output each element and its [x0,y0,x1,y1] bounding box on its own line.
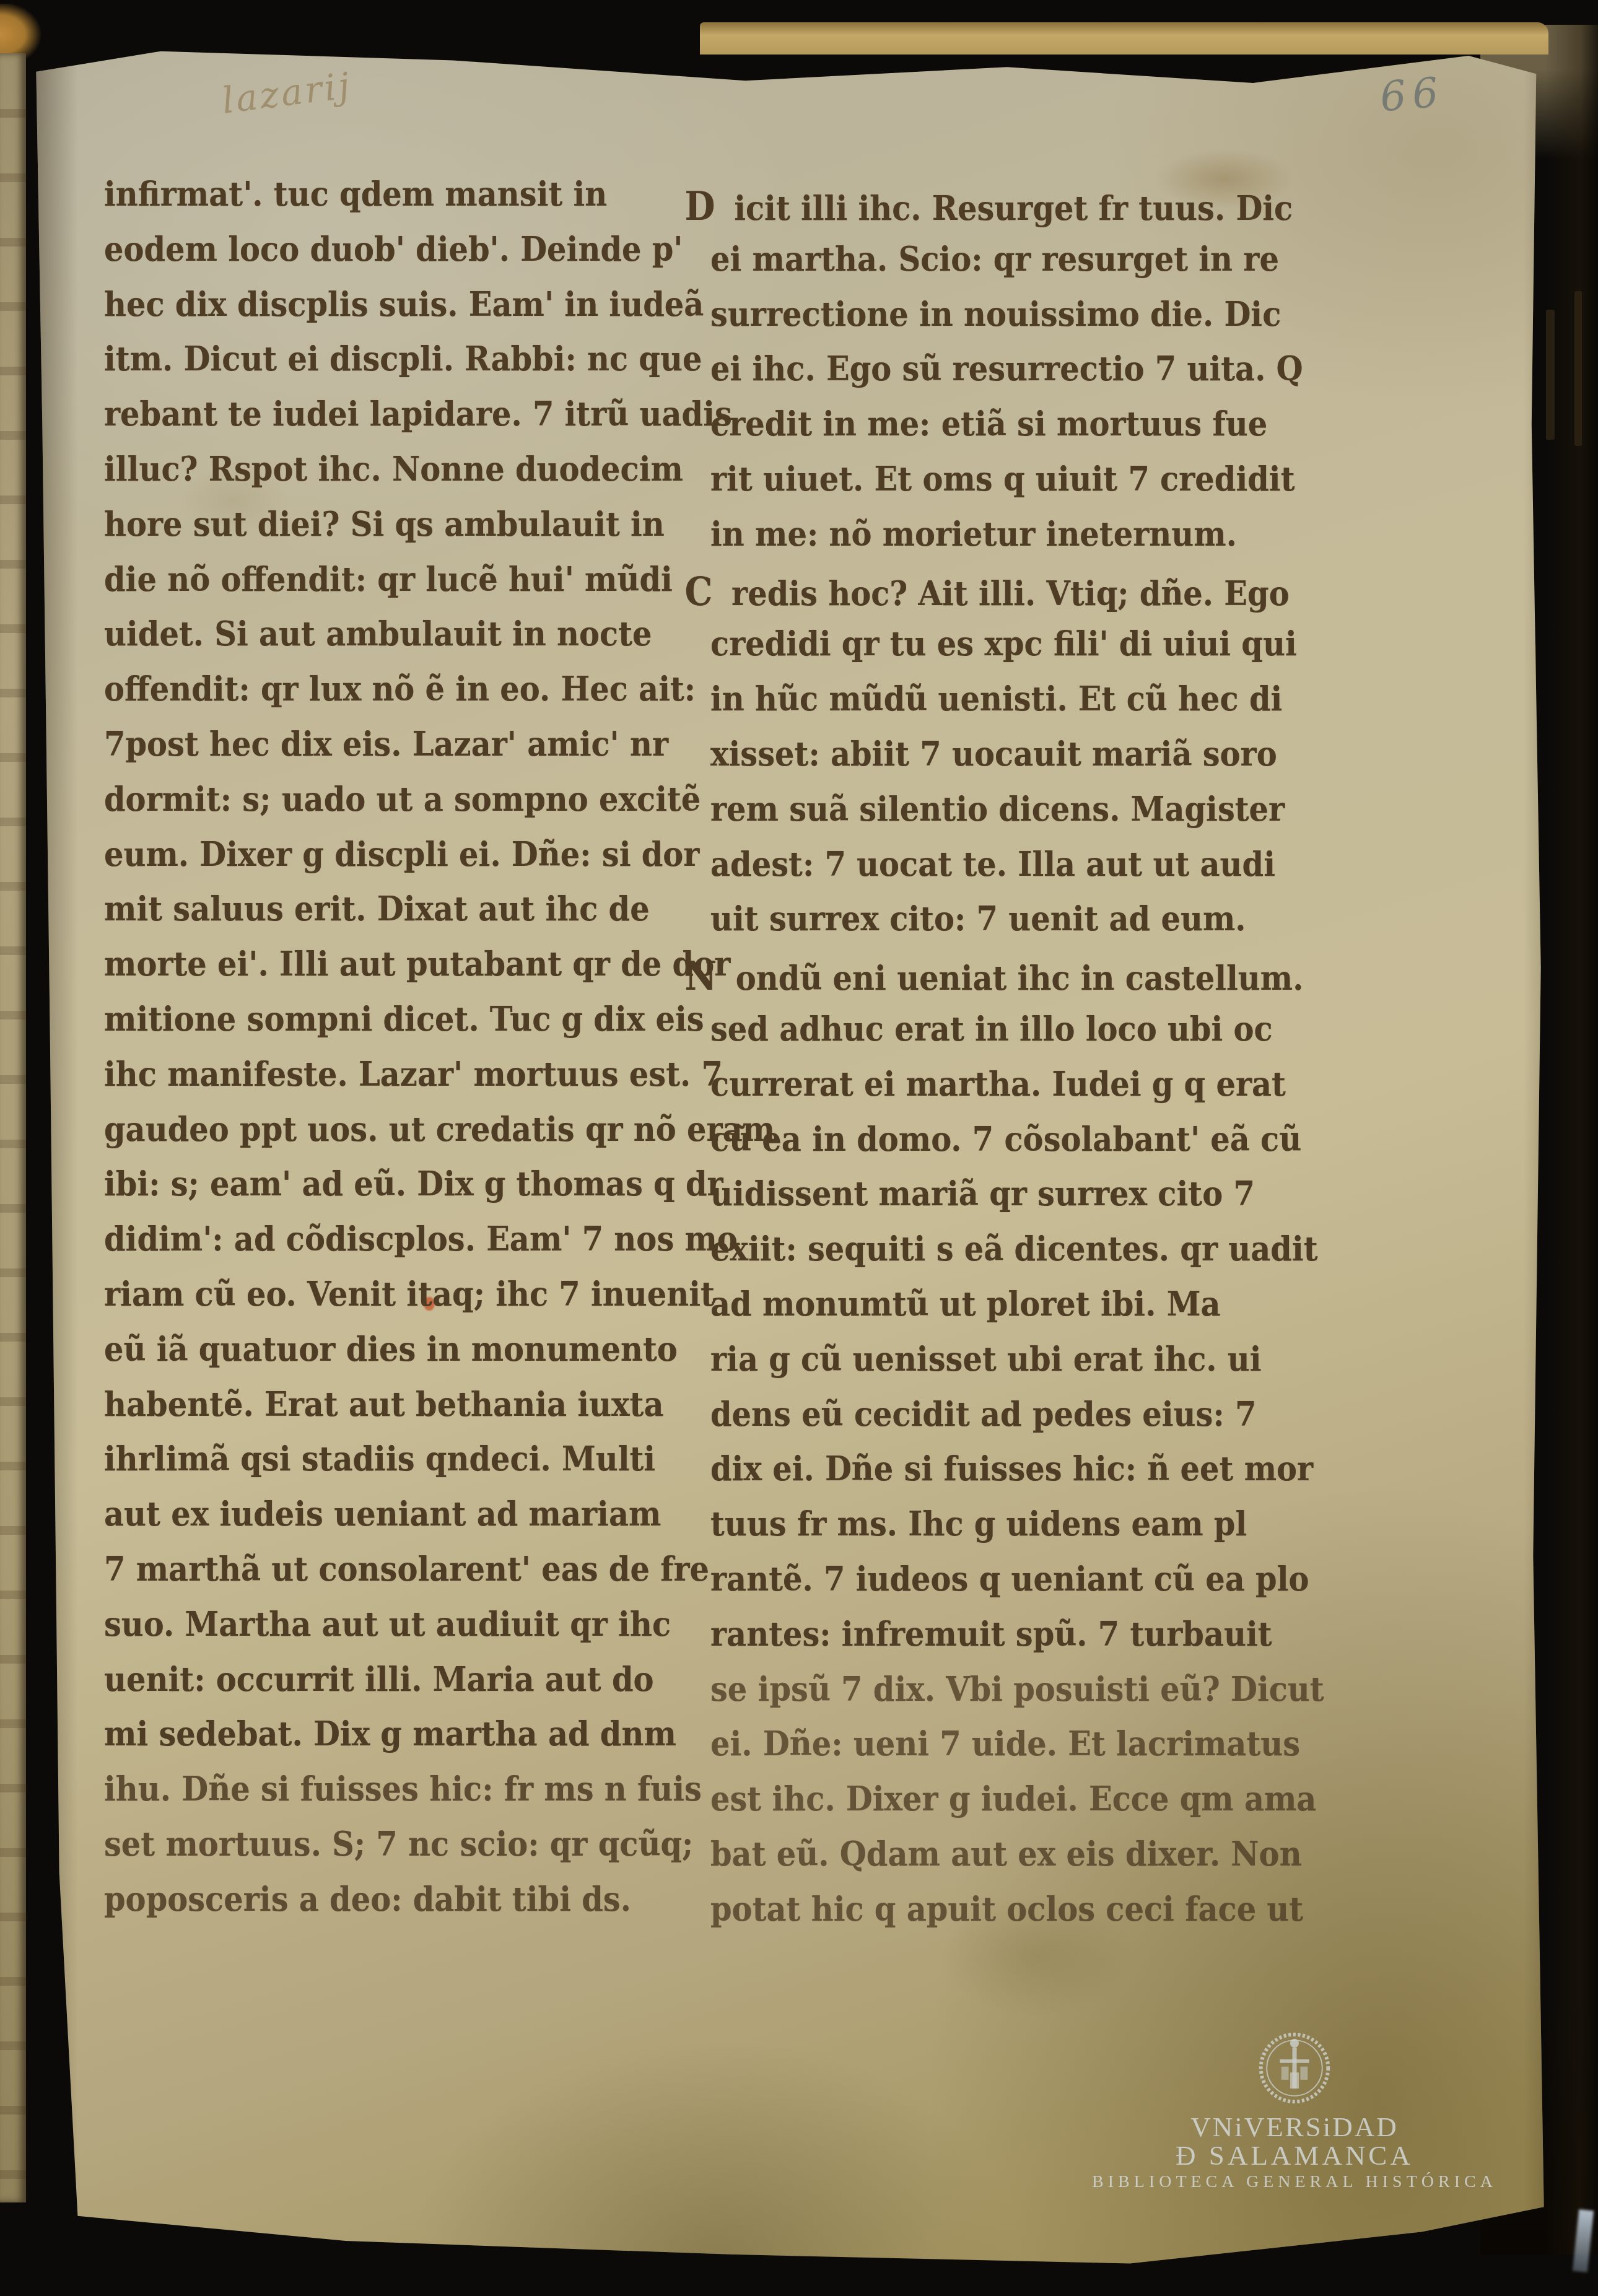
manuscript-line: hec dix discplis suis. Eam' in iudeã [104,284,628,339]
manuscript-line: die nõ offendit: qr lucẽ hui' mũdi [104,559,628,614]
manuscript-line: mitione sompni dicet. Tuc g dix eis [104,998,628,1054]
parchment-page: lazarij 66 infirmat'. tuc qdem mansit in… [22,17,1561,2279]
manuscript-line: aut ex iudeis ueniant ad mariam [104,1493,628,1548]
manuscript-line: rem suã silentio dicens. Magister [710,788,1285,844]
manuscript-line: currerat ei martha. Iudei g q erat [710,1063,1285,1119]
manuscript-line: rebant te iudei lapidare. 7 itrũ uadis [104,393,628,448]
manuscript-line: sed adhuc erat in illo loco ubi oc [710,1008,1285,1063]
manuscript-line: uit surrex cito: 7 uenit ad eum. [710,898,1285,953]
manuscript-line: set mortuus. S; 7 nc scio: qr qcũq; [104,1823,628,1879]
manuscript-line: poposceris a deo: dabit tibi ds. [104,1879,628,1934]
manuscript-line: ad monumtũ ut ploret ibi. Ma [710,1283,1285,1338]
manuscript-line: potat hic q apuit oclos ceci face ut [710,1888,1285,1944]
folio-number: 66 [1378,68,1446,121]
manuscript-line: adest: 7 uocat te. Illa aut ut audi [710,844,1285,899]
manuscript-line: credidi qr tu es xpc fili' di uiui qui [710,623,1285,678]
manuscript-line: mi sedebat. Dix g martha ad dnm [104,1713,628,1768]
manuscript-line: 7post hec dix eis. Lazar' amic' nr [104,723,628,779]
watermark-library-name: BIBLIOTECA GENERAL HISTÓRICA [1092,2170,1497,2194]
manuscript-line: surrectione in nouissimo die. Dic [710,294,1285,349]
line-initial: C [685,569,713,614]
manuscript-line: dormit: s; uado ut a sompno excitẽ [104,779,628,834]
manuscript-line: ei. Dñe: ueni 7 uide. Et lacrimatus [710,1723,1285,1778]
top-page-edges [700,22,1548,55]
library-watermark: VNiVERSiDAD Ð SALAMANCA BIBLIOTECA GENER… [1161,2032,1428,2194]
manuscript-line: eũ iã quatuor dies in monumento [104,1329,628,1384]
manuscript-line: credit in me: etiã si mortuus fue [710,403,1285,458]
manuscript-line: rantes: infremuit spũ. 7 turbauit [710,1613,1285,1669]
manuscript-line: morte ei'. Illi aut putabant qr de dor [104,943,628,998]
manuscript-line: ei martha. Scio: qr resurget in re [710,238,1285,294]
manuscript-line: ihc manifeste. Lazar' mortuus est. 7 [104,1054,628,1109]
manuscript-line: gaudeo ppt uos. ut credatis qr nõ eram [104,1109,628,1164]
fore-edge-ink-mark [1574,291,1582,446]
manuscript-line: itm. Dicut ei discpli. Rabbi: nc que [104,338,628,393]
text-column-right: Dicit illi ihc. Resurget fr tuus. Dicei … [710,183,1348,1944]
manuscript-line: infirmat'. tuc qdem mansit in [104,173,628,229]
manuscript-line: eum. Dixer g discpli ei. Dñe: si dor [104,834,628,889]
manuscript-line: riam cũ eo. Venit itaq; ihc 7 inuenit [104,1273,628,1329]
manuscript-line: rit uiuet. Et oms q uiuit 7 credidit [710,458,1285,513]
line-initial: N [685,953,717,999]
manuscript-line: uidet. Si aut ambulauit in nocte [104,613,628,668]
university-seal-icon [1258,2032,1331,2105]
manuscript-line: dens eũ cecidit ad pedes eius: 7 [710,1394,1285,1449]
manuscript-line: eodem loco duob' dieb'. Deinde p' [104,229,628,284]
watermark-university-name: VNiVERSiDAD [1190,2113,1399,2141]
manuscript-line: offendit: qr lux nõ ẽ in eo. Hec ait: [104,668,628,723]
manuscript-line: exiit: sequiti s eã dicentes. qr uadit [710,1228,1285,1283]
manuscript-line: illuc? Rspot ihc. Nonne duodecim [104,448,628,504]
watermark-university-name-2: Ð SALAMANCA [1176,2141,1413,2170]
manuscript-line: rantẽ. 7 iudeos q ueniant cũ ea plo [710,1558,1285,1613]
manuscript-line: se ipsũ 7 dix. Vbi posuisti eũ? Dicut [710,1669,1285,1724]
manuscript-line: ihu. Dñe si fuisses hic: fr ms n fuis [104,1768,628,1823]
manuscript-line: Dicit illi ihc. Resurget fr tuus. Dic [710,183,1285,238]
manuscript-line: 7 marthã ut consolarent' eas de fre [104,1548,628,1604]
manuscript-line: est ihc. Dixer g iudei. Ecce qm ama [710,1778,1285,1833]
manuscript-line: ei ihc. Ego sũ resurrectio 7 uita. Q [710,348,1285,403]
manuscript-line: in hũc mũdũ uenisti. Et cũ hec di [710,678,1285,733]
manuscript-line: bat eũ. Qdam aut ex eis dixer. Non [710,1833,1285,1888]
manuscript-line: tuus fr ms. Ihc g uidens eam pl [710,1503,1285,1558]
manuscript-line: ria g cũ uenisset ubi erat ihc. ui [710,1338,1285,1394]
manuscript-line: habentẽ. Erat aut bethania iuxta [104,1384,628,1439]
manuscript-line: Credis hoc? Ait illi. Vtiq; dñe. Ego [710,569,1285,624]
manuscript-line: in me: nõ morietur ineternum. [710,513,1285,569]
marginal-inscription: lazarij [220,64,354,121]
manuscript-line: suo. Martha aut ut audiuit qr ihc [104,1604,628,1659]
text-column-left: infirmat'. tuc qdem mansit ineodem loco … [104,173,686,1934]
manuscript-line: Nondũ eni ueniat ihc in castellum. [710,953,1285,1008]
manuscript-line: uenit: occurrit illi. Maria aut do [104,1659,628,1714]
manuscript-line: uidissent mariã qr surrex cito 7 [710,1173,1285,1228]
line-initial: D [685,183,715,229]
manuscript-line: mit saluus erit. Dixat aut ihc de [104,888,628,943]
manuscript-line: ihrlimã qsi stadiis qndeci. Multi [104,1438,628,1493]
manuscript-photo: lazarij 66 infirmat'. tuc qdem mansit in… [0,0,1598,2296]
manuscript-line: cũ ea in domo. 7 cõsolabant' eã cũ [710,1119,1285,1174]
fore-edge-ink-mark [1546,310,1555,440]
manuscript-line: didim': ad cõdiscplos. Eam' 7 nos mo [104,1218,628,1273]
manuscript-line: xisset: abiit 7 uocauit mariã soro [710,733,1285,788]
manuscript-line: hore sut diei? Si qs ambulauit in [104,504,628,559]
manuscript-line: dix ei. Dñe si fuisses hic: ñ eet mor [710,1448,1285,1503]
manuscript-line: ibi: s; eam' ad eũ. Dix g thomas q dr [104,1163,628,1218]
facing-page-edge [0,53,26,2202]
